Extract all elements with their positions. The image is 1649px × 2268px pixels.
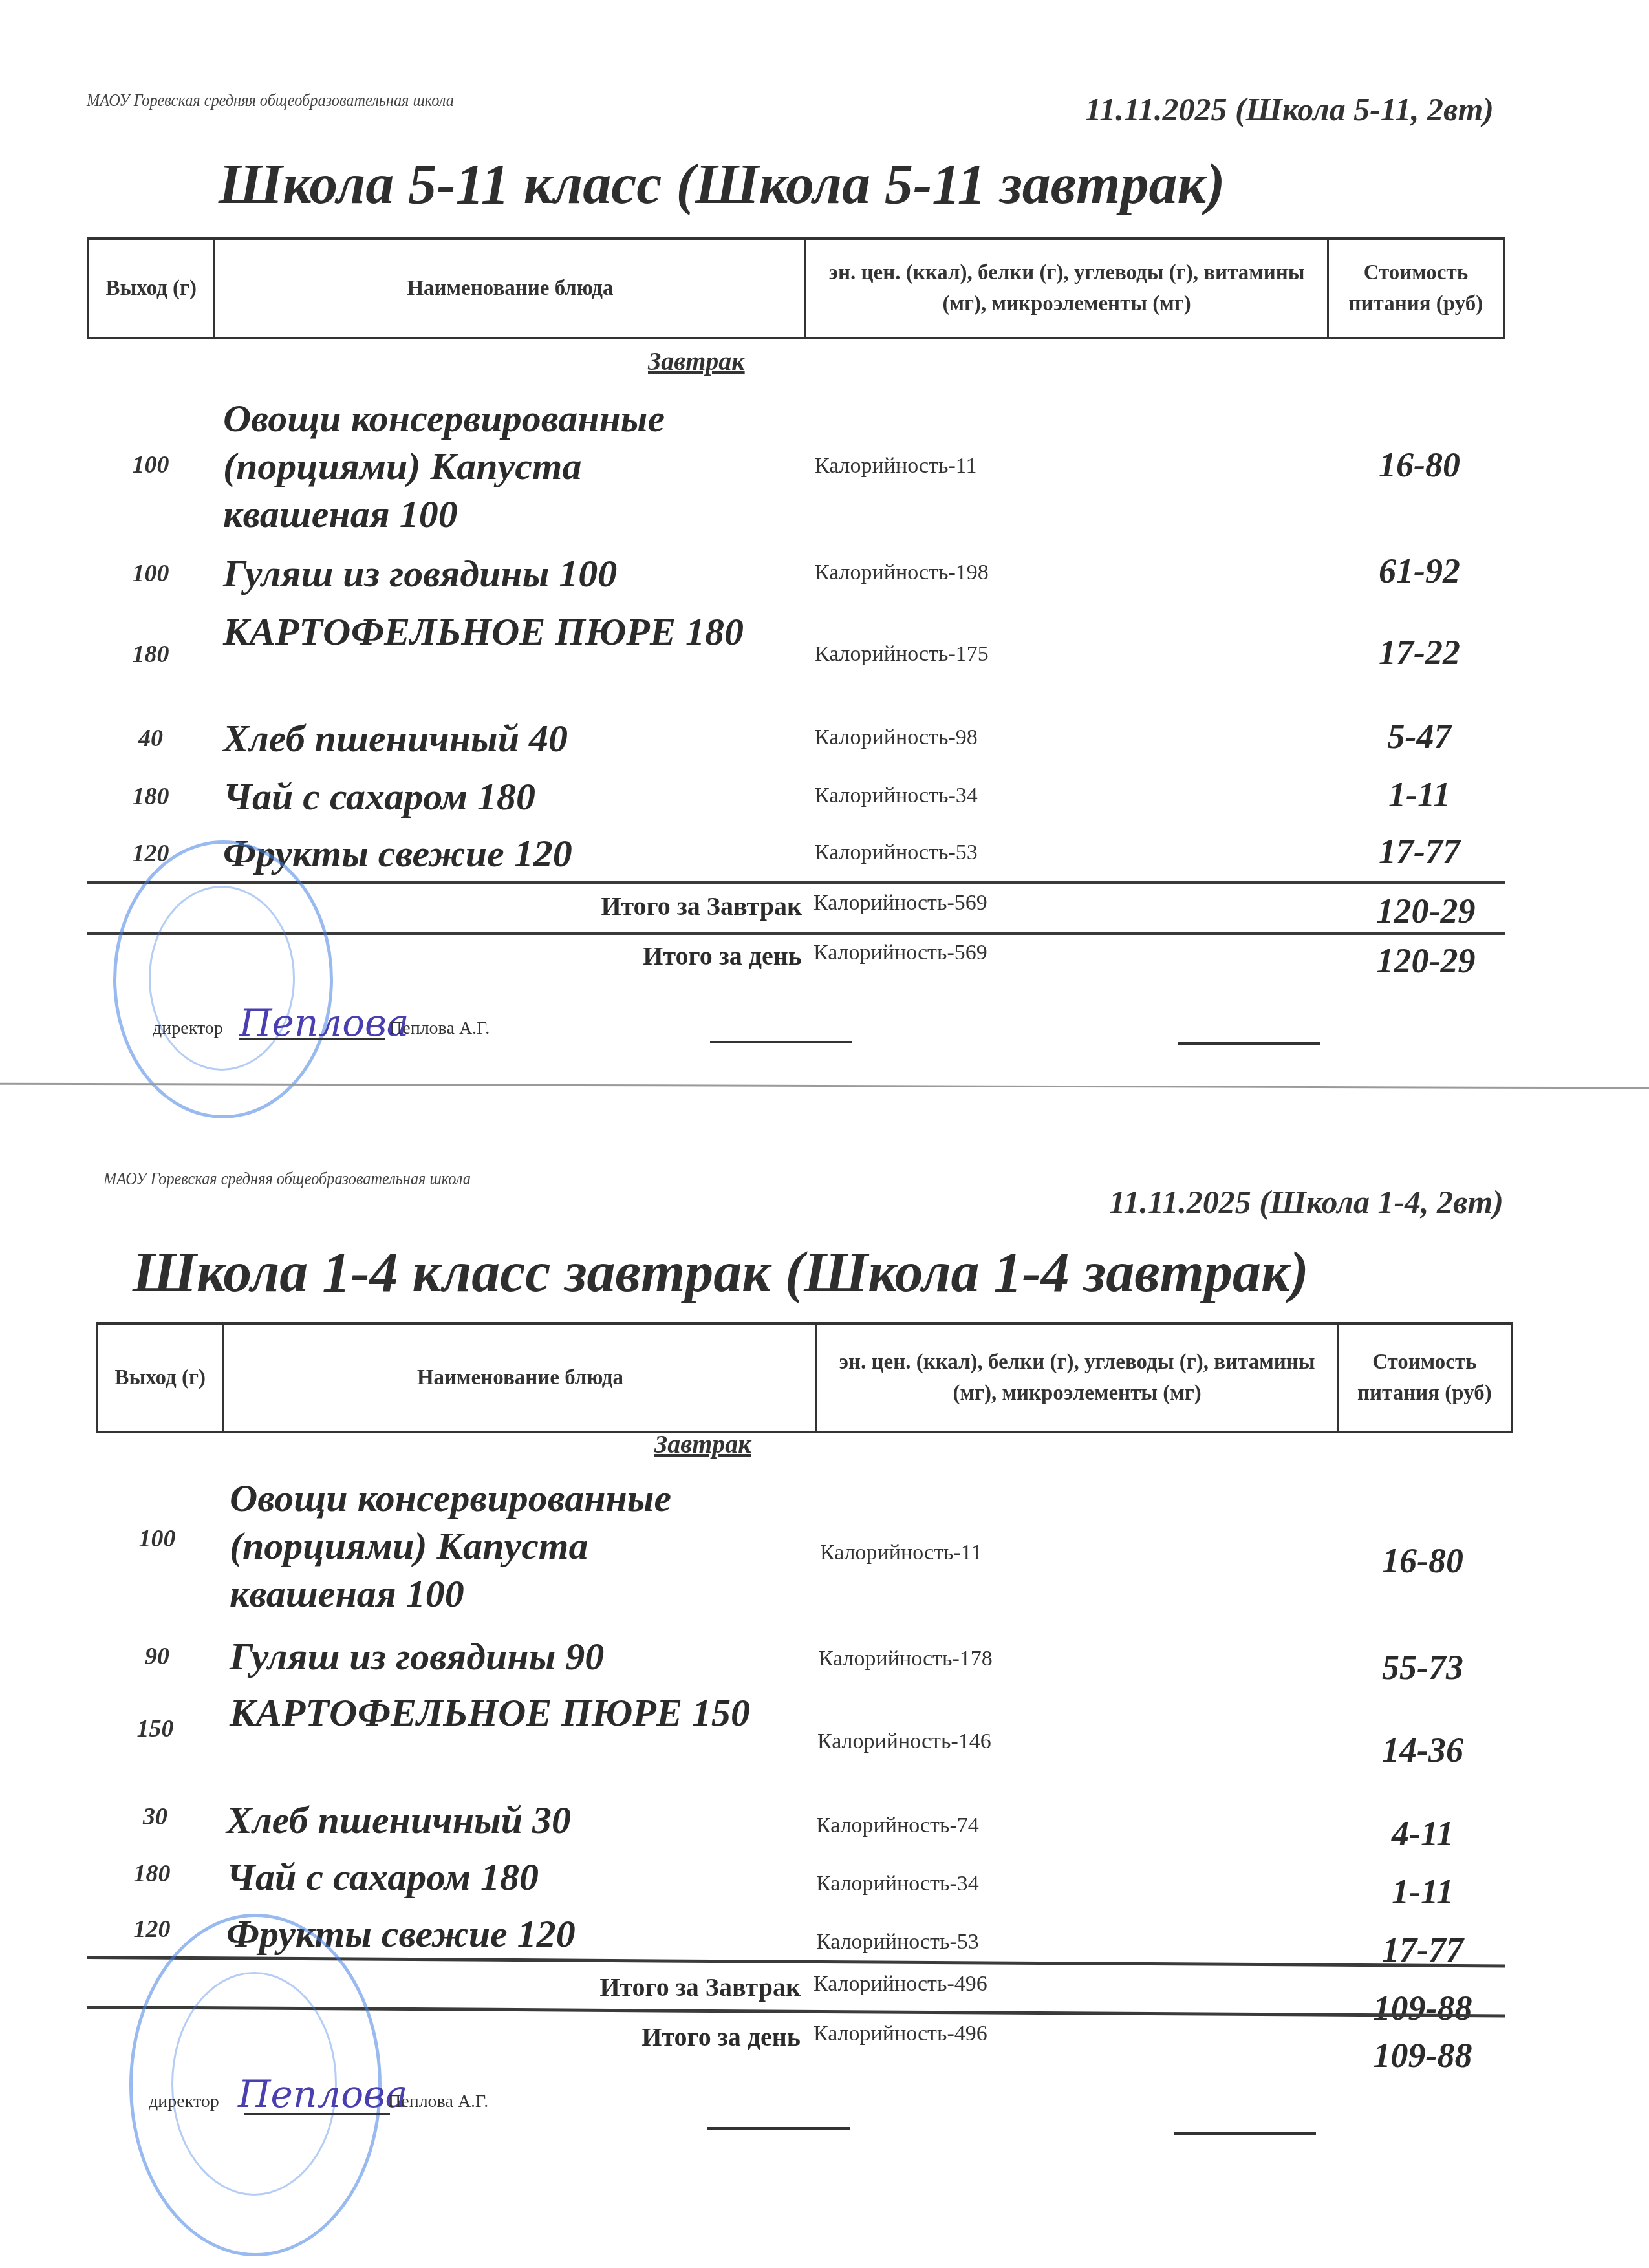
blank-line [710, 1041, 852, 1043]
signature-role: директор [149, 2091, 219, 2112]
blank-line [1174, 2132, 1316, 2135]
row-cost: 17-22 [1335, 632, 1503, 672]
blank-line [1178, 1042, 1320, 1045]
row-dish: Гуляш из говядины 90 [230, 1632, 760, 1680]
row-yield: 180 [109, 782, 193, 811]
page-title: Школа 1-4 класс завтрак (Школа 1-4 завтр… [133, 1240, 1309, 1305]
day-total-cost: 120-29 [1342, 941, 1510, 981]
signature-line [244, 2113, 390, 2115]
page-title: Школа 5-11 класс (Школа 5-11 завтрак) [219, 152, 1225, 217]
column-header-yield: Выход (г) [98, 1325, 224, 1431]
row-nutrition: Калорийность-34 [816, 1872, 979, 1896]
row-dish: КАРТОФЕЛЬНОЕ ПЮРЕ 180 [223, 608, 753, 656]
row-dish: Гуляш из говядины 100 [223, 550, 753, 597]
row-dish: Чай с сахаром 180 [226, 1853, 757, 1901]
row-nutrition: Калорийность-11 [815, 454, 977, 478]
row-nutrition: Калорийность-175 [815, 642, 989, 667]
row-cost: 1-11 [1335, 775, 1503, 815]
row-yield: 180 [110, 1859, 194, 1888]
row-nutrition: Калорийность-178 [819, 1647, 993, 1671]
meal-total-nutrition: Калорийность-496 [814, 1972, 987, 1996]
row-nutrition: Калорийность-74 [816, 1813, 979, 1838]
row-dish: Овощи консервированные (порциями) Капуст… [230, 1474, 760, 1618]
row-cost: 55-73 [1339, 1647, 1507, 1687]
signature-name: Пеплова А.Г. [388, 2091, 488, 2112]
day-total-label: Итого за день [477, 2022, 801, 2052]
row-dish: Фрукты свежие 120 [223, 829, 753, 877]
row-yield: 30 [113, 1803, 197, 1831]
row-cost: 61-92 [1335, 551, 1503, 591]
meal-label: Завтрак [648, 346, 745, 376]
row-nutrition: Калорийность-146 [817, 1729, 991, 1754]
column-header-cost: Стоимость питания (руб) [1329, 240, 1503, 337]
table-header: Выход (г) Наименование блюда эн. цен. (к… [87, 237, 1505, 339]
school-name: МАОУ Горевская средняя общеобразовательн… [87, 91, 454, 111]
row-cost: 16-80 [1335, 445, 1503, 485]
day-total-nutrition: Калорийность-569 [814, 941, 987, 965]
row-cost: 4-11 [1339, 1813, 1507, 1854]
row-yield: 150 [113, 1715, 197, 1743]
row-cost: 1-11 [1339, 1872, 1507, 1912]
meal-total-cost: 120-29 [1342, 891, 1510, 931]
row-yield: 100 [109, 451, 193, 479]
meal-label: Завтрак [654, 1429, 751, 1459]
row-dish: Чай с сахаром 180 [223, 773, 753, 820]
row-yield: 120 [110, 1915, 194, 1943]
day-total-nutrition: Калорийность-496 [814, 2022, 987, 2046]
row-nutrition: Калорийность-198 [815, 561, 989, 585]
meal-total-label: Итого за Завтрак [479, 891, 802, 921]
date-label: 11.11.2025 (Школа 5-11, 2вт) [1085, 91, 1494, 128]
row-dish: Хлеб пшеничный 40 [223, 714, 753, 762]
column-header-nutrition: эн. цен. (ккал), белки (г), углеводы (г)… [806, 240, 1328, 337]
table-header: Выход (г) Наименование блюда эн. цен. (к… [96, 1322, 1513, 1433]
row-dish: Хлеб пшеничный 30 [226, 1796, 757, 1844]
handwritten-signature: Пеплова [238, 2072, 407, 2116]
row-cost: 16-80 [1339, 1541, 1507, 1581]
row-nutrition: Калорийность-53 [815, 840, 978, 865]
column-header-yield: Выход (г) [89, 240, 215, 337]
date-label: 11.11.2025 (Школа 1-4, 2вт) [1109, 1183, 1503, 1221]
meal-total-cost: 109-88 [1339, 1988, 1507, 2028]
row-yield: 100 [109, 559, 193, 588]
row-nutrition: Калорийность-53 [816, 1930, 979, 1954]
row-nutrition: Калорийность-34 [815, 784, 978, 808]
row-dish: КАРТОФЕЛЬНОЕ ПЮРЕ 150 [230, 1689, 760, 1737]
row-cost: 17-77 [1335, 831, 1503, 872]
row-nutrition: Калорийность-11 [820, 1541, 982, 1565]
column-header-dish: Наименование блюда [215, 240, 806, 337]
column-header-dish: Наименование блюда [224, 1325, 817, 1431]
column-header-nutrition: эн. цен. (ккал), белки (г), углеводы (г)… [817, 1325, 1338, 1431]
row-cost: 5-47 [1335, 716, 1503, 756]
day-total-label: Итого за день [479, 941, 802, 971]
school-name: МАОУ Горевская средняя общеобразовательн… [103, 1169, 471, 1189]
row-yield: 180 [109, 640, 193, 669]
meal-total-nutrition: Калорийность-569 [814, 891, 987, 915]
row-nutrition: Калорийность-98 [815, 725, 978, 750]
row-dish: Овощи консервированные (порциями) Капуст… [223, 394, 753, 538]
column-header-cost: Стоимость питания (руб) [1339, 1325, 1511, 1431]
row-yield: 40 [109, 724, 193, 753]
blank-line [707, 2127, 850, 2130]
signature-line [239, 1038, 385, 1040]
meal-total-label: Итого за Завтрак [477, 1972, 801, 2002]
signature-name: Пеплова А.Г. [389, 1018, 490, 1039]
row-yield: 100 [115, 1524, 199, 1553]
signature-role: директор [153, 1018, 223, 1039]
row-yield: 90 [115, 1642, 199, 1671]
row-cost: 14-36 [1339, 1730, 1507, 1770]
day-total-cost: 109-88 [1339, 2035, 1507, 2075]
